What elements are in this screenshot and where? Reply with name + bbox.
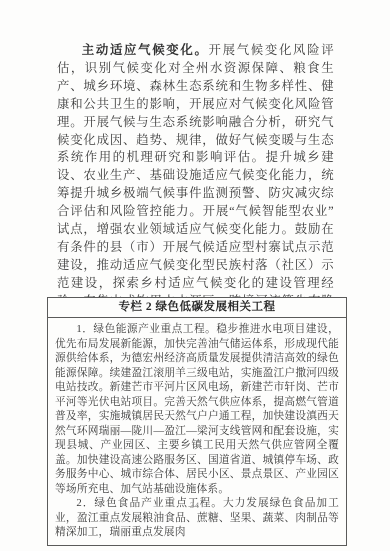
document-page: 主动适应气候变化。开展气候变化风险评估，识别气候变化对全州水资源保障、粮食生产、… bbox=[0, 0, 390, 551]
box-item-1-text: 稳步推进水电项目建设，优先布局发展新能源，加快完善油气储运体系，形成现代能源供给… bbox=[55, 323, 339, 495]
box-item-green-energy: 1．绿色能源产业重点工程。稳步推进水电项目建设，优先布局发展新能源，加快完善油气… bbox=[55, 322, 339, 496]
box-item-1-lead: 1．绿色能源产业重点工程。 bbox=[76, 323, 216, 335]
column-box-title: 专栏 2 绿色低碳发展相关工程 bbox=[48, 298, 346, 318]
page-number: 34 bbox=[0, 501, 390, 510]
paragraph-lead: 主动适应气候变化。 bbox=[82, 43, 209, 57]
column-box-content: 1．绿色能源产业重点工程。稳步推进水电项目建设，优先布局发展新能源，加快完善油气… bbox=[48, 318, 346, 545]
